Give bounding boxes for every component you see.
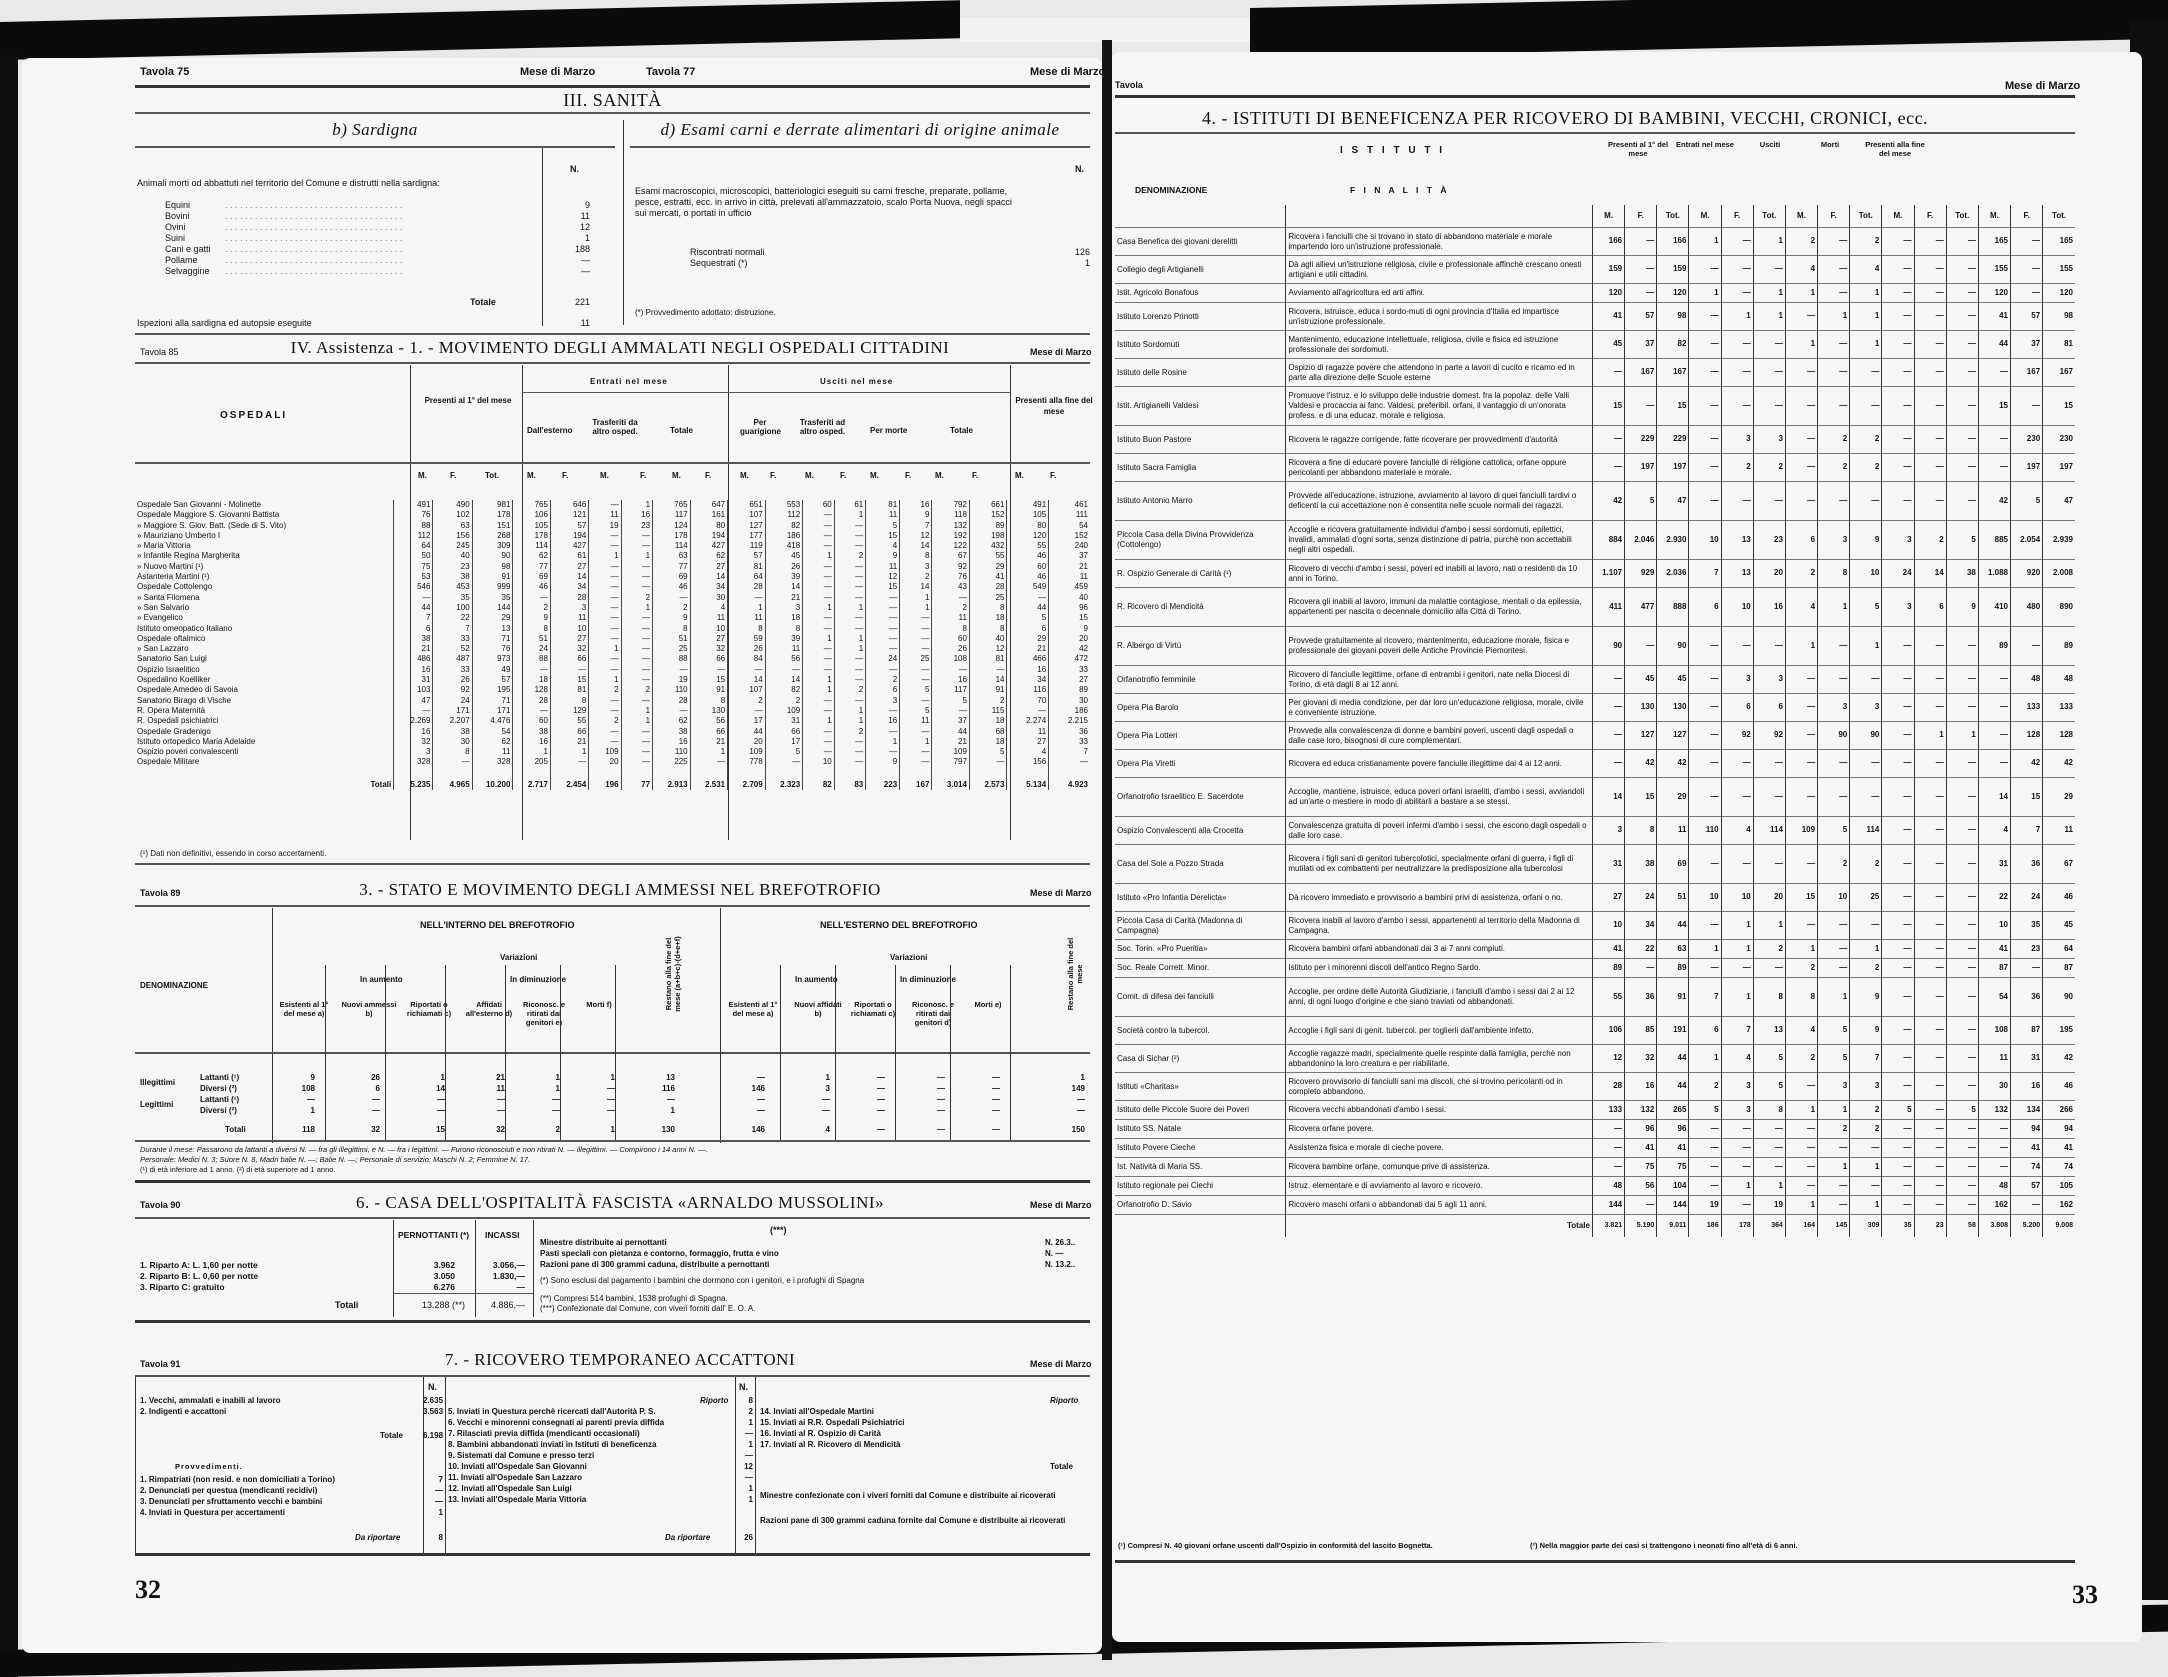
- cell-value: —: [2011, 627, 2043, 666]
- cell-value: 152: [969, 510, 1007, 520]
- institute-purpose: Assistenza fisica e morale di cieche pov…: [1286, 1139, 1593, 1158]
- cell-value: 427: [690, 541, 728, 551]
- cell-value: 35: [433, 593, 472, 603]
- cell-value: 2.215: [1049, 716, 1090, 726]
- total-value: 196: [589, 768, 621, 790]
- cell-value: 41: [1978, 940, 2010, 959]
- cell-value: 265: [1657, 1101, 1689, 1120]
- cell-value: —: [1914, 1177, 1946, 1196]
- cell-value: —: [1946, 959, 1978, 978]
- cell-value: 34: [1625, 912, 1657, 940]
- cell-value: 24: [866, 654, 900, 664]
- table-row: » Maria Vittoria64245309114427——11442711…: [135, 541, 1090, 551]
- mft-header: Tot.: [1850, 205, 1882, 228]
- institute-name: Istituto Buon Pastore: [1115, 426, 1286, 454]
- table-row: Piccola Casa della Divina Provvidenza (C…: [1115, 521, 2075, 560]
- institute-purpose: Ricovera le ragazze corrigende, fatte ri…: [1286, 426, 1593, 454]
- total-label: Totale: [380, 1430, 403, 1441]
- cell-value: —: [1818, 912, 1850, 940]
- column-rule: [780, 965, 781, 1140]
- cell-value: —: [1882, 387, 1914, 426]
- cell-value: —: [803, 521, 835, 531]
- mft-header: M.: [1689, 205, 1721, 228]
- cell-value: —: [1850, 750, 1882, 778]
- cell-value: 80: [690, 521, 728, 531]
- cell-value: —: [1914, 284, 1946, 303]
- cell-value: —: [1818, 940, 1850, 959]
- cell-value: 9: [1946, 588, 1978, 627]
- cell-value: 38: [394, 634, 433, 644]
- mf-header: F.: [905, 470, 911, 481]
- cell-value: 70: [1007, 696, 1049, 706]
- cell-value: 36: [1625, 978, 1657, 1017]
- cell-value: 75: [394, 562, 433, 572]
- cell-value: 130: [1657, 694, 1689, 722]
- cell-value: 44: [728, 727, 766, 737]
- esterno-value: —: [860, 1083, 885, 1094]
- cell-value: 26: [433, 675, 472, 685]
- cell-value: 418: [765, 541, 803, 551]
- accattoni-row-label: 13. Inviati all'Ospedale Maria Vittoria: [448, 1494, 586, 1505]
- esterno-value: —: [1060, 1094, 1085, 1105]
- cell-value: —: [1753, 778, 1785, 817]
- dot-leader: . . . . . . . . . . . . . . . . . . . . …: [225, 211, 535, 222]
- cell-value: —: [1914, 666, 1946, 694]
- cell-value: 197: [1657, 454, 1689, 482]
- cell-value: 60: [1007, 562, 1049, 572]
- cell-value: 16: [932, 675, 970, 685]
- mese-label: Mese di Marzo: [520, 66, 595, 78]
- cell-value: 2: [969, 696, 1007, 706]
- dot-leader: . . . . . . . . . . . . . . . . . . . . …: [225, 200, 535, 211]
- cell-value: 10: [1721, 588, 1753, 627]
- cell-value: 105: [2043, 1177, 2075, 1196]
- cell-value: —: [589, 562, 621, 572]
- cell-value: —: [1721, 256, 1753, 284]
- accattoni-row-label: 16. Inviati al R. Ospizio di Carità: [760, 1428, 881, 1439]
- cell-value: —: [2011, 256, 2043, 284]
- cell-value: 5: [1753, 1073, 1785, 1101]
- cell-value: 1: [803, 716, 835, 726]
- cell-value: 57: [550, 521, 588, 531]
- total-value: 4.923: [1049, 768, 1090, 790]
- ospitalita-footnote-1: (*) Sono esclusi dal pagamento i bambini…: [540, 1275, 864, 1286]
- cell-value: 11: [690, 613, 728, 623]
- column-rule: [135, 1377, 136, 1553]
- cell-value: 132: [1625, 1101, 1657, 1120]
- cell-value: 38: [653, 727, 691, 737]
- cell-value: 14: [900, 541, 932, 551]
- cell-value: —: [1882, 1158, 1914, 1177]
- cell-value: —: [1978, 1158, 2010, 1177]
- cell-value: —: [1914, 1139, 1946, 1158]
- hospital-name: » San Salvario: [135, 603, 394, 613]
- cell-value: 16: [1753, 588, 1785, 627]
- cell-value: 1: [1850, 1158, 1882, 1177]
- cell-value: —: [900, 696, 932, 706]
- cell-value: —: [1914, 778, 1946, 817]
- table-row: Opera Pia BaroloPer giovani di media con…: [1115, 694, 2075, 722]
- total-value: 150: [1060, 1124, 1085, 1135]
- column-rule: [755, 1377, 756, 1553]
- cell-value: 25: [1850, 884, 1882, 912]
- interno-value: 13: [650, 1072, 675, 1083]
- cell-value: —: [621, 634, 653, 644]
- cell-value: 11: [866, 510, 900, 520]
- cell-value: 186: [765, 531, 803, 541]
- cell-value: 118: [932, 510, 970, 520]
- institute-name: Ist. Natività di Maria SS.: [1115, 1158, 1286, 1177]
- cell-value: 40: [969, 634, 1007, 644]
- cell-value: —: [1914, 256, 1946, 284]
- incassi-value: 1.830,—: [480, 1271, 525, 1282]
- cell-value: 81: [728, 562, 766, 572]
- esterno-value: —: [805, 1105, 830, 1116]
- esami-intro: Esami macroscopici, microscopici, batter…: [635, 186, 1015, 219]
- table-row: Ist. Natività di Maria SS.Ricovera bambi…: [1115, 1158, 2075, 1177]
- interno-value: —: [355, 1094, 380, 1105]
- cell-value: 3: [1592, 817, 1624, 845]
- cell-value: —: [1785, 1120, 1817, 1139]
- cell-value: 114: [1753, 817, 1785, 845]
- cell-value: 22: [433, 613, 472, 623]
- cell-value: 77: [513, 562, 551, 572]
- cell-value: —: [1785, 912, 1817, 940]
- mf-header: M.: [805, 470, 814, 481]
- table-row: Casa Benefica dei giovani derelittiRicov…: [1115, 228, 2075, 256]
- cell-value: —: [1946, 845, 1978, 884]
- cell-value: 1: [690, 747, 728, 757]
- total-value: 82: [803, 768, 835, 790]
- cell-value: 20: [1753, 560, 1785, 588]
- cell-value: —: [690, 665, 728, 675]
- cell-value: 159: [1592, 256, 1624, 284]
- cell-value: 40: [1049, 593, 1090, 603]
- cell-value: 66: [550, 654, 588, 664]
- pernottanti-value: 3.050: [400, 1271, 455, 1282]
- cell-value: 92: [1721, 722, 1753, 750]
- sequestrati-value: 1: [1050, 258, 1090, 269]
- cell-value: 100: [433, 603, 472, 613]
- cell-value: 1: [1850, 940, 1882, 959]
- cell-value: 3: [1753, 426, 1785, 454]
- cell-value: —: [1785, 845, 1817, 884]
- cell-value: 66: [690, 654, 728, 664]
- cell-value: 6: [394, 624, 433, 634]
- cell-value: 5: [1689, 1101, 1721, 1120]
- cell-value: 5: [765, 747, 803, 757]
- table-row: Casa del Sole a Pozzo StradaRicovera i f…: [1115, 845, 2075, 884]
- cell-value: 4.476: [472, 716, 513, 726]
- cell-value: 28: [550, 593, 588, 603]
- cell-value: 9: [513, 613, 551, 623]
- cell-value: —: [1882, 817, 1914, 845]
- cell-value: 23: [621, 521, 653, 531]
- cell-value: 1: [621, 500, 653, 510]
- cell-value: —: [1946, 228, 1978, 256]
- interno-value: —: [590, 1083, 615, 1094]
- cell-value: 1: [621, 603, 653, 613]
- column-rule: [393, 1220, 394, 1317]
- cell-value: —: [1882, 978, 1914, 1017]
- scan-edge-left: [0, 55, 18, 1677]
- mft-header: Tot.: [1946, 205, 1978, 228]
- sardigna-intro: Animali morti od abbattuti nel territori…: [137, 178, 537, 189]
- mf-header: M.: [1015, 470, 1024, 481]
- cell-value: 5: [1946, 1101, 1978, 1120]
- esterno-label: NELL'ESTERNO DEL BREFOTROFIO: [820, 920, 977, 931]
- cell-value: —: [1882, 426, 1914, 454]
- cell-value: —: [1914, 1101, 1946, 1120]
- cell-value: —: [589, 613, 621, 623]
- cell-value: —: [1882, 331, 1914, 359]
- cell-value: 10: [1850, 560, 1882, 588]
- mese-label: Mese di Marzo: [2005, 80, 2080, 92]
- cell-value: —: [621, 624, 653, 634]
- total-value: 5.200: [2011, 1215, 2043, 1238]
- cell-value: 15: [1785, 884, 1817, 912]
- cell-value: —: [1882, 912, 1914, 940]
- cell-value: 47: [1657, 482, 1689, 521]
- ospedali-title: IV. Assistenza - 1. - MOVIMENTO DEGLI AM…: [260, 338, 980, 358]
- cell-value: 90: [472, 551, 513, 561]
- cell-value: —: [900, 757, 932, 767]
- cell-value: —: [1850, 482, 1882, 521]
- cell-value: —: [1753, 1120, 1785, 1139]
- col-per-morte: Per morte: [870, 425, 907, 436]
- mf-header: F.: [562, 470, 568, 481]
- col-header-n: N.: [570, 164, 579, 175]
- cell-value: —: [834, 613, 866, 623]
- total-value: 2.913: [653, 768, 691, 790]
- cell-value: —: [834, 737, 866, 747]
- mft-header: F.: [1914, 205, 1946, 228]
- riscontrati-value: 126: [1050, 247, 1090, 258]
- cell-value: 67: [932, 551, 970, 561]
- cell-value: 8: [653, 624, 691, 634]
- cell-value: 62: [472, 737, 513, 747]
- cell-value: 61: [834, 500, 866, 510]
- totals-row: Totale3.8215.1909.0111861783641641453093…: [1115, 1215, 2075, 1238]
- cell-value: 6: [866, 685, 900, 695]
- cell-value: 2.054: [2011, 521, 2043, 560]
- cell-value: 192: [932, 531, 970, 541]
- cell-value: 109: [728, 747, 766, 757]
- cell-value: 197: [2043, 454, 2075, 482]
- cell-value: 162: [2043, 1196, 2075, 1215]
- cell-value: 3: [1818, 1073, 1850, 1101]
- cell-value: 1: [900, 737, 932, 747]
- cell-value: —: [834, 582, 866, 592]
- col-ospedali: OSPEDALI: [220, 410, 287, 421]
- cell-value: 46: [1007, 551, 1049, 561]
- col-denominazione: DENOMINAZIONE: [1135, 185, 1207, 196]
- cell-value: 89: [969, 521, 1007, 531]
- institute-purpose: Mantenimento, educazione intellettuale, …: [1286, 331, 1593, 359]
- cell-value: —: [1946, 912, 1978, 940]
- cell-value: —: [1978, 426, 2010, 454]
- cell-value: 1.107: [1592, 560, 1624, 588]
- cell-value: —: [803, 747, 835, 757]
- cell-value: 75: [1657, 1158, 1689, 1177]
- col-presenti-fine: Presenti alla fine del mese: [1014, 395, 1094, 417]
- col-per-guarigione: Per guarigione: [740, 418, 780, 436]
- interno-value: 11: [480, 1083, 505, 1094]
- totals-row: Totali5.2354.96510.2002.7172.454196772.9…: [135, 768, 1090, 790]
- hospital-name: » Maggiore S. Giov. Batt. (Sede di S. Vi…: [135, 521, 394, 531]
- column-rule: [505, 965, 506, 1140]
- cell-value: 120: [1592, 284, 1624, 303]
- table-row: Astanteria Martini (¹)5338916914——691464…: [135, 572, 1090, 582]
- cell-value: —: [1914, 359, 1946, 387]
- cell-value: 27: [1049, 675, 1090, 685]
- cell-value: 13: [1753, 1017, 1785, 1045]
- cell-value: —: [1946, 817, 1978, 845]
- hospital-name: Astanteria Martini (¹): [135, 572, 394, 582]
- cell-value: 8: [969, 603, 1007, 613]
- cell-value: 85: [1625, 1017, 1657, 1045]
- cell-value: 651: [728, 500, 766, 510]
- cell-value: 25: [653, 644, 691, 654]
- cell-value: 5: [2011, 482, 2043, 521]
- cell-value: 546: [394, 582, 433, 592]
- tavola-90-label: Tavola 90: [140, 1200, 180, 1210]
- cell-value: 15: [2043, 387, 2075, 426]
- institute-purpose: Ricovera bambini orfani abbandonati dai …: [1286, 940, 1593, 959]
- cell-value: 8: [690, 696, 728, 706]
- accattoni-row-label: 12. Inviati all'Ospedale San Luigi: [448, 1483, 572, 1494]
- cell-value: 71: [472, 634, 513, 644]
- cell-value: —: [1818, 256, 1850, 284]
- cell-value: 1: [834, 706, 866, 716]
- divider: [135, 85, 1090, 88]
- dot-leader: . . . . . . . . . . . . . . . . . . . . …: [225, 233, 535, 244]
- cell-value: 4: [1007, 747, 1049, 757]
- mft-header: F.: [2011, 205, 2043, 228]
- cell-value: 124: [653, 521, 691, 531]
- divider: [630, 146, 1090, 148]
- table-row: Ospedale Militare328—328205—20—225—778—1…: [135, 757, 1090, 767]
- cell-value: 1: [803, 603, 835, 613]
- cell-value: 3: [900, 562, 932, 572]
- cell-value: 134: [2011, 1101, 2043, 1120]
- table-row: Istituto delle Piccole Suore dei PoveriR…: [1115, 1101, 2075, 1120]
- hospital-name: Ospedale Amedeo di Savoia: [135, 685, 394, 695]
- cell-value: 1: [1850, 284, 1882, 303]
- cell-value: 12: [900, 531, 932, 541]
- cell-value: —: [1818, 359, 1850, 387]
- cell-value: 12: [969, 644, 1007, 654]
- cell-value: —: [1689, 694, 1721, 722]
- cell-value: 1: [1753, 912, 1785, 940]
- cell-value: —: [1850, 666, 1882, 694]
- cell-value: —: [1785, 359, 1817, 387]
- cell-value: 39: [765, 634, 803, 644]
- sardigna-row-value: 12: [550, 222, 590, 233]
- cell-value: —: [900, 613, 932, 623]
- total-value: 3.821: [1592, 1215, 1624, 1238]
- cell-value: 22: [1978, 884, 2010, 912]
- cell-value: —: [1689, 359, 1721, 387]
- cell-value: 17: [765, 737, 803, 747]
- esterno-value: —: [860, 1105, 885, 1116]
- table-row: Orfanotrofio femminileRicovero di fanciu…: [1115, 666, 2075, 694]
- column-rule: [835, 965, 836, 1140]
- cell-value: —: [834, 675, 866, 685]
- cell-value: —: [2011, 228, 2043, 256]
- cell-value: —: [1946, 1120, 1978, 1139]
- cell-value: 31: [765, 716, 803, 726]
- cell-value: —: [1689, 426, 1721, 454]
- cell-value: 20: [589, 757, 621, 767]
- totals-label: Totali: [225, 1124, 246, 1135]
- cell-value: —: [1818, 228, 1850, 256]
- institute-purpose: Ricovera gli inabili al lavoro, immuni d…: [1286, 588, 1593, 627]
- provvedimento-label: 2. Denunciati per questua (mendicanti re…: [140, 1485, 317, 1496]
- cell-value: 5: [1625, 482, 1657, 521]
- interno-value: —: [355, 1105, 380, 1116]
- esterno-value: —: [1060, 1105, 1085, 1116]
- table-row: » Nuovo Martini (¹)7523987727——77278126—…: [135, 562, 1090, 572]
- cell-value: 999: [472, 582, 513, 592]
- total-pernottanti: 13.288 (**): [400, 1300, 465, 1311]
- cell-value: 10: [803, 757, 835, 767]
- cell-value: 1: [1785, 1196, 1817, 1215]
- cell-value: 128: [2043, 722, 2075, 750]
- cell-value: —: [1689, 959, 1721, 978]
- interno-value: —: [535, 1105, 560, 1116]
- institute-purpose: Ricovera orfane povere.: [1286, 1120, 1593, 1139]
- total-value: 2.709: [728, 768, 766, 790]
- cell-value: 132: [932, 521, 970, 531]
- hospital-name: Ospedale Maggiore S. Giovanni Battista: [135, 510, 394, 520]
- cell-value: 46: [1007, 572, 1049, 582]
- cell-value: —: [1689, 1177, 1721, 1196]
- cell-value: 1: [1850, 627, 1882, 666]
- cell-value: —: [621, 562, 653, 572]
- cell-value: —: [1946, 978, 1978, 1017]
- cell-value: 19: [653, 675, 691, 685]
- table-row: Istituto ortopedico Maria Adelaide323062…: [135, 737, 1090, 747]
- cell-value: —: [900, 644, 932, 654]
- cell-value: 5: [900, 685, 932, 695]
- mft-header: F.: [1625, 205, 1657, 228]
- cell-value: 107: [728, 685, 766, 695]
- dot-leader: . . . . . . . . . . . . . . . . . . . . …: [225, 266, 535, 277]
- cell-value: 8: [728, 624, 766, 634]
- cell-value: —: [728, 706, 766, 716]
- cell-value: 40: [433, 551, 472, 561]
- cell-value: 56: [690, 716, 728, 726]
- cell-value: 66: [765, 727, 803, 737]
- interno-value: 26: [355, 1072, 380, 1083]
- cell-value: 4: [1785, 588, 1817, 627]
- cell-value: —: [1689, 1158, 1721, 1177]
- cell-value: 24: [433, 696, 472, 706]
- total-value: 9.011: [1657, 1215, 1689, 1238]
- ispezioni-value: 11: [550, 318, 590, 329]
- cell-value: 7: [433, 624, 472, 634]
- cell-value: 76: [472, 644, 513, 654]
- cell-value: 4: [1785, 256, 1817, 284]
- total-value: 23: [1914, 1215, 1946, 1238]
- cell-value: 2.008: [2043, 560, 2075, 588]
- total-value: 3.014: [932, 768, 970, 790]
- cell-value: 245: [433, 541, 472, 551]
- cell-value: 69: [653, 572, 691, 582]
- mft-header: M.: [1978, 205, 2010, 228]
- mf-header: Tot.: [485, 470, 499, 481]
